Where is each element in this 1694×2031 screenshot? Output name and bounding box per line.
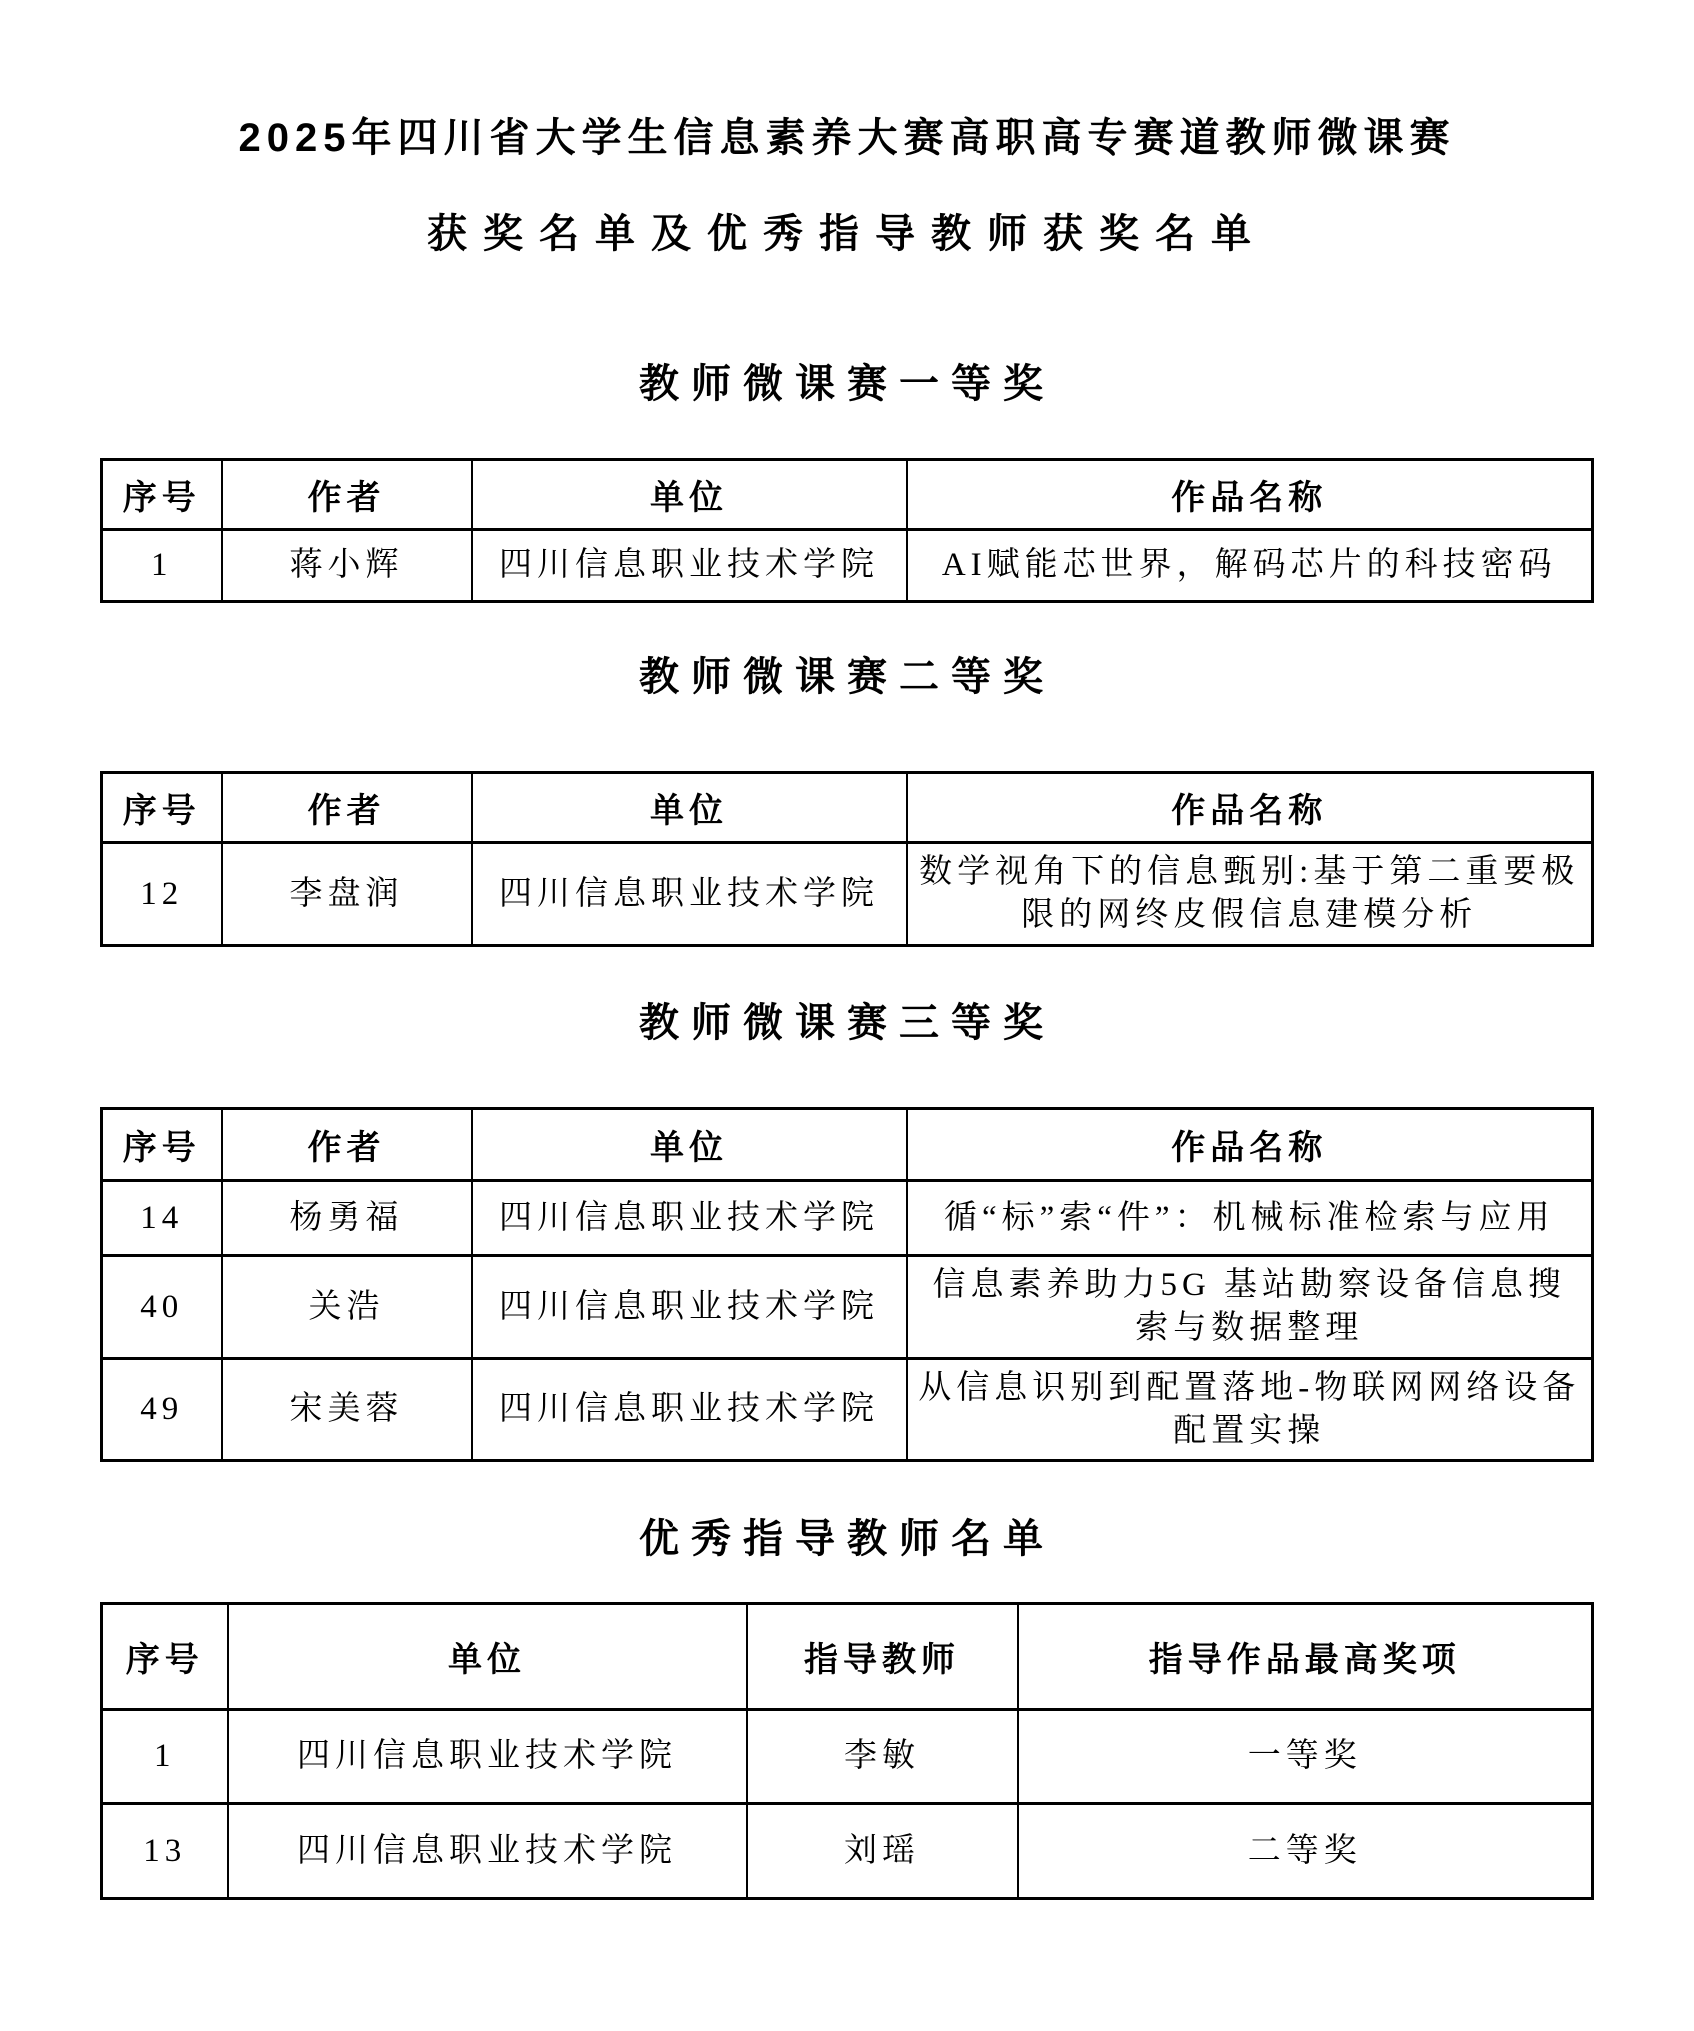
cell-serial: 12 (102, 843, 222, 946)
column-header-unit: 单位 (228, 1604, 747, 1710)
cell-advisor: 刘瑶 (747, 1804, 1018, 1899)
section-heading-third-prize: 教师微课赛三等奖 (0, 997, 1694, 1049)
cell-work-title: 数学视角下的信息甄别:基于第二重要极限的网终皮假信息建模分析 (907, 843, 1593, 946)
column-header-unit: 单位 (472, 460, 907, 530)
cell-unit: 四川信息职业技术学院 (472, 1256, 907, 1359)
section-heading-advisors: 优秀指导教师名单 (0, 1513, 1694, 1565)
cell-award: 二等奖 (1018, 1804, 1593, 1899)
column-header-advisor: 指导教师 (747, 1604, 1018, 1710)
column-header-highest-award: 指导作品最高奖项 (1018, 1604, 1593, 1710)
table-row: 13 四川信息职业技术学院 刘瑶 二等奖 (102, 1804, 1593, 1899)
cell-unit: 四川信息职业技术学院 (228, 1710, 747, 1804)
page-title-line2: 获奖名单及优秀指导教师获奖名单 (0, 210, 1694, 258)
cell-serial: 14 (102, 1181, 222, 1256)
cell-unit: 四川信息职业技术学院 (472, 1359, 907, 1461)
cell-work-title: 循“标”索“件”：机械标准检索与应用 (907, 1181, 1593, 1256)
cell-serial: 13 (102, 1804, 228, 1899)
cell-author: 蒋小辉 (222, 530, 472, 602)
cell-award: 一等奖 (1018, 1710, 1593, 1804)
cell-unit: 四川信息职业技术学院 (228, 1804, 747, 1899)
cell-advisor: 李敏 (747, 1710, 1018, 1804)
column-header-serial: 序号 (102, 1604, 228, 1710)
section-heading-first-prize: 教师微课赛一等奖 (0, 358, 1694, 410)
cell-work-title: 信息素养助力5G 基站勘察设备信息搜索与数据整理 (907, 1256, 1593, 1359)
column-header-unit: 单位 (472, 1109, 907, 1181)
document-page: 2025年四川省大学生信息素养大赛高职高专赛道教师微课赛 获奖名单及优秀指导教师… (0, 0, 1694, 2031)
cell-work-title: 从信息识别到配置落地-物联网网络设备配置实操 (907, 1359, 1593, 1461)
column-header-serial: 序号 (102, 773, 222, 843)
page-title-line1: 2025年四川省大学生信息素养大赛高职高专赛道教师微课赛 (0, 0, 1694, 162)
table-header-row: 序号 单位 指导教师 指导作品最高奖项 (102, 1604, 1593, 1710)
cell-author: 关浩 (222, 1256, 472, 1359)
column-header-work-title: 作品名称 (907, 460, 1593, 530)
table-header-row: 序号 作者 单位 作品名称 (102, 460, 1593, 530)
cell-work-title: AI赋能芯世界，解码芯片的科技密码 (907, 530, 1593, 602)
cell-unit: 四川信息职业技术学院 (472, 1181, 907, 1256)
cell-author: 李盘润 (222, 843, 472, 946)
column-header-serial: 序号 (102, 460, 222, 530)
column-header-author: 作者 (222, 1109, 472, 1181)
cell-author: 宋美蓉 (222, 1359, 472, 1461)
cell-unit: 四川信息职业技术学院 (472, 843, 907, 946)
cell-serial: 1 (102, 530, 222, 602)
cell-serial: 1 (102, 1710, 228, 1804)
third-prize-table: 序号 作者 单位 作品名称 14 杨勇福 四川信息职业技术学院 循“标”索“件”… (100, 1107, 1594, 1462)
table-header-row: 序号 作者 单位 作品名称 (102, 773, 1593, 843)
cell-unit: 四川信息职业技术学院 (472, 530, 907, 602)
column-header-work-title: 作品名称 (907, 1109, 1593, 1181)
cell-serial: 40 (102, 1256, 222, 1359)
column-header-author: 作者 (222, 773, 472, 843)
column-header-unit: 单位 (472, 773, 907, 843)
second-prize-table: 序号 作者 单位 作品名称 12 李盘润 四川信息职业技术学院 数学视角下的信息… (100, 771, 1594, 947)
table-row: 12 李盘润 四川信息职业技术学院 数学视角下的信息甄别:基于第二重要极限的网终… (102, 843, 1593, 946)
table-header-row: 序号 作者 单位 作品名称 (102, 1109, 1593, 1181)
column-header-author: 作者 (222, 460, 472, 530)
advisors-table: 序号 单位 指导教师 指导作品最高奖项 1 四川信息职业技术学院 李敏 一等奖 … (100, 1602, 1594, 1900)
column-header-serial: 序号 (102, 1109, 222, 1181)
column-header-work-title: 作品名称 (907, 773, 1593, 843)
first-prize-table: 序号 作者 单位 作品名称 1 蒋小辉 四川信息职业技术学院 AI赋能芯世界，解… (100, 458, 1594, 603)
cell-serial: 49 (102, 1359, 222, 1461)
table-row: 14 杨勇福 四川信息职业技术学院 循“标”索“件”：机械标准检索与应用 (102, 1181, 1593, 1256)
table-row: 40 关浩 四川信息职业技术学院 信息素养助力5G 基站勘察设备信息搜索与数据整… (102, 1256, 1593, 1359)
cell-author: 杨勇福 (222, 1181, 472, 1256)
table-row: 1 四川信息职业技术学院 李敏 一等奖 (102, 1710, 1593, 1804)
table-row: 49 宋美蓉 四川信息职业技术学院 从信息识别到配置落地-物联网网络设备配置实操 (102, 1359, 1593, 1461)
table-row: 1 蒋小辉 四川信息职业技术学院 AI赋能芯世界，解码芯片的科技密码 (102, 530, 1593, 602)
section-heading-second-prize: 教师微课赛二等奖 (0, 651, 1694, 703)
